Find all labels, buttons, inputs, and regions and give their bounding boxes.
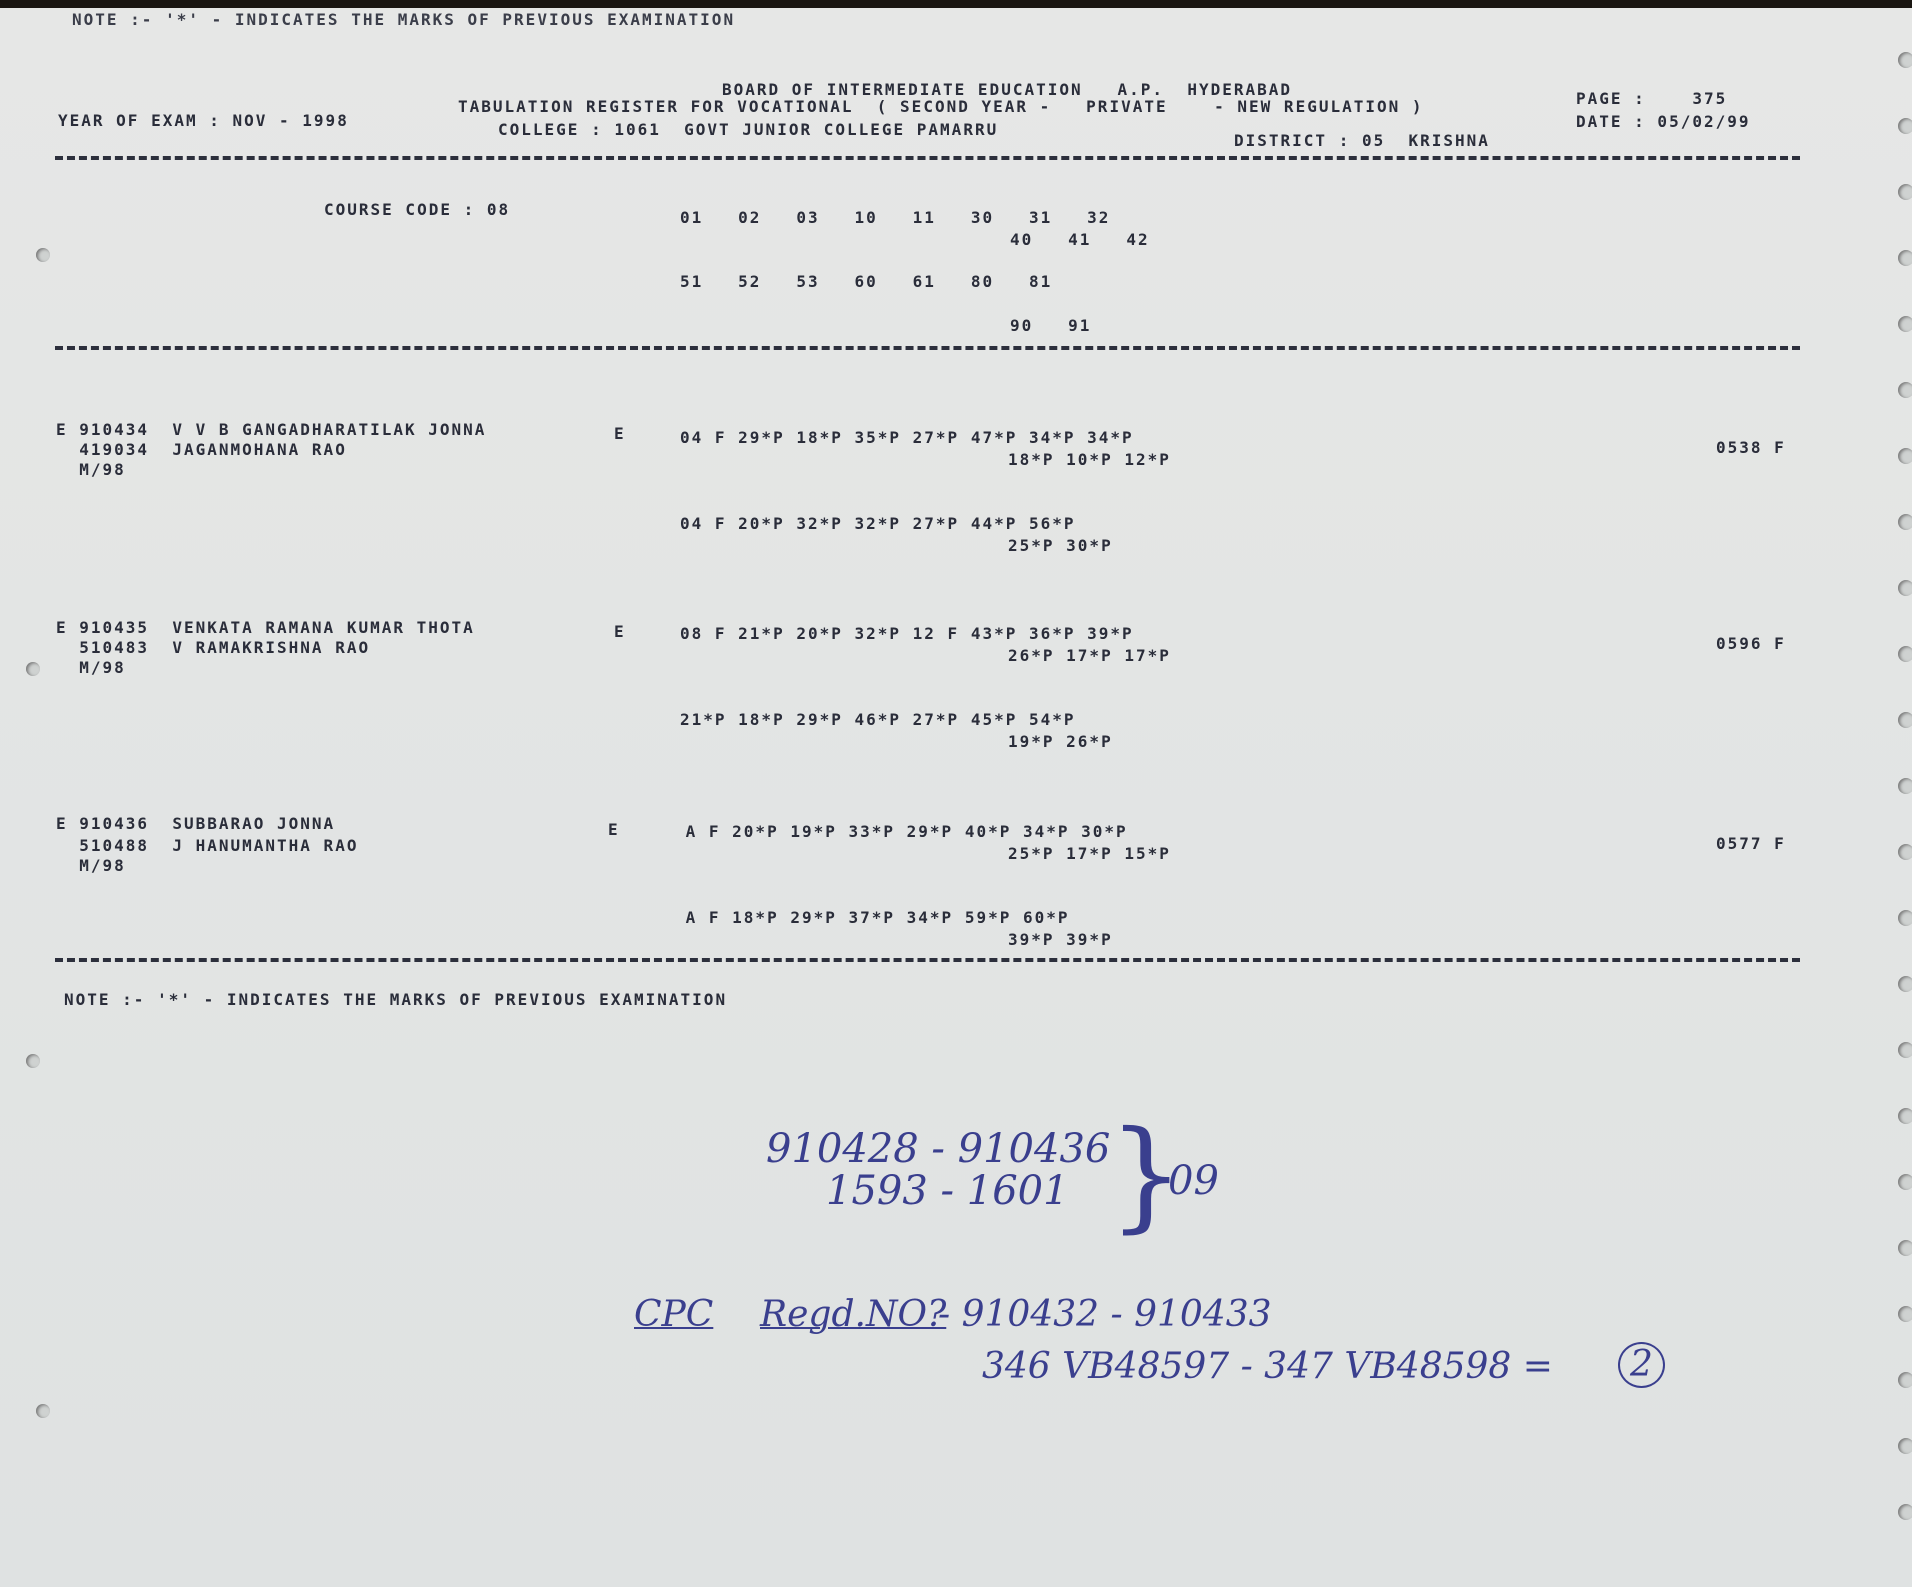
note-top: NOTE :- '*' - INDICATES THE MARKS OF PRE… <box>72 10 735 30</box>
footer-divider <box>55 958 1800 962</box>
marks-second-year: A F 18*P 29*P 37*P 34*P 59*P 60*P <box>674 908 1070 928</box>
subject-codes-row4: 90 91 <box>1010 316 1091 336</box>
student-session: M/98 <box>56 856 126 876</box>
marks-second-year: 21*P 18*P 29*P 46*P 27*P 45*P 54*P <box>680 710 1076 730</box>
handwritten-regd-label: Regd.NO? <box>760 1294 946 1335</box>
feed-hole-icon <box>1898 844 1912 860</box>
feed-hole-icon <box>1898 976 1912 992</box>
punch-hole-icon <box>26 662 40 676</box>
handwritten-serial-range: 1593 - 1601 <box>826 1168 1069 1214</box>
marks-first-year: 04 F 29*P 18*P 35*P 27*P 47*P 34*P 34*P <box>680 428 1134 448</box>
punch-hole-icon <box>36 248 50 262</box>
subject-codes-row3: 51 52 53 60 61 80 81 <box>680 272 1052 292</box>
handwritten-serials: 346 VB48597 - 347 VB48598 = <box>982 1346 1553 1387</box>
student-id-father: 510483 V RAMAKRISHNA RAO <box>56 638 370 658</box>
feed-hole-icon <box>1898 1042 1912 1058</box>
punch-hole-icon <box>26 1054 40 1068</box>
feed-hole-icon <box>1898 382 1912 398</box>
feed-hole-icon <box>1898 250 1912 266</box>
header-divider <box>55 156 1800 160</box>
subject-codes-row2: 40 41 42 <box>1010 230 1150 250</box>
student-id-father: 510488 J HANUMANTHA RAO <box>56 836 358 856</box>
feed-hole-icon <box>1898 1504 1912 1520</box>
total-result: 0538 F <box>1716 438 1786 458</box>
handwritten-regd-values: - 910432 - 910433 <box>938 1294 1272 1335</box>
feed-hole-icon <box>1898 910 1912 926</box>
feed-hole-icon <box>1898 646 1912 662</box>
marks-first-year-2: 25*P 17*P 15*P <box>1008 844 1171 864</box>
register-title: TABULATION REGISTER FOR VOCATIONAL ( SEC… <box>458 97 1424 117</box>
medium: E <box>614 424 626 444</box>
report-date: DATE : 05/02/99 <box>1576 112 1751 132</box>
student-roll-name: E 910435 VENKATA RAMANA KUMAR THOTA <box>56 618 475 638</box>
college-line: COLLEGE : 1061 GOVT JUNIOR COLLEGE PAMAR… <box>498 120 998 140</box>
subject-codes-row1: 01 02 03 10 11 30 31 32 <box>680 208 1110 228</box>
feed-hole-icon <box>1898 316 1912 332</box>
feed-hole-icon <box>1898 448 1912 464</box>
feed-hole-icon <box>1898 1306 1912 1322</box>
marks-second-year-2: 25*P 30*P <box>1008 536 1113 556</box>
total-result: 0596 F <box>1716 634 1786 654</box>
feed-hole-icon <box>1898 1240 1912 1256</box>
marks-first-year-2: 26*P 17*P 17*P <box>1008 646 1171 666</box>
page-number: PAGE : 375 <box>1576 89 1727 109</box>
student-id-father: 419034 JAGANMOHANA RAO <box>56 440 347 460</box>
marks-first-year: 08 F 21*P 20*P 32*P 12 F 43*P 36*P 39*P <box>680 624 1134 644</box>
feed-hole-icon <box>1898 514 1912 530</box>
year-of-exam: YEAR OF EXAM : NOV - 1998 <box>58 111 349 131</box>
feed-hole-icon <box>1898 118 1912 134</box>
feed-hole-icon <box>1898 1174 1912 1190</box>
medium: E <box>608 820 620 840</box>
student-session: M/98 <box>56 658 126 678</box>
marks-second-year: 04 F 20*P 32*P 32*P 27*P 44*P 56*P <box>680 514 1076 534</box>
student-session: M/98 <box>56 460 126 480</box>
feed-hole-icon <box>1898 1372 1912 1388</box>
note-bottom: NOTE :- '*' - INDICATES THE MARKS OF PRE… <box>64 990 727 1010</box>
total-result: 0577 F <box>1716 834 1786 854</box>
marks-second-year-2: 19*P 26*P <box>1008 732 1113 752</box>
feed-hole-icon <box>1898 580 1912 596</box>
handwritten-cpc-label: CPC <box>634 1294 713 1335</box>
course-code: COURSE CODE : 08 <box>324 200 510 220</box>
medium: E <box>614 622 626 642</box>
handwritten-count: 09 <box>1168 1158 1219 1204</box>
student-roll-name: E 910434 V V B GANGADHARATILAK JONNA <box>56 420 486 440</box>
student-roll-name: E 910436 SUBBARAO JONNA <box>56 814 335 834</box>
feed-hole-icon <box>1898 1108 1912 1124</box>
feed-hole-icon <box>1898 778 1912 794</box>
feed-hole-icon <box>1898 1438 1912 1454</box>
marks-first-year: A F 20*P 19*P 33*P 29*P 40*P 34*P 30*P <box>674 822 1128 842</box>
punch-hole-icon <box>36 1404 50 1418</box>
marks-first-year-2: 18*P 10*P 12*P <box>1008 450 1171 470</box>
course-divider <box>55 346 1800 350</box>
circled-count: 2 <box>1618 1342 1665 1388</box>
district-line: DISTRICT : 05 KRISHNA <box>1234 131 1490 151</box>
handwritten-serial-count: 2 <box>1618 1342 1665 1388</box>
feed-hole-icon <box>1898 184 1912 200</box>
marks-second-year-2: 39*P 39*P <box>1008 930 1113 950</box>
tabulation-sheet: NOTE :- '*' - INDICATES THE MARKS OF PRE… <box>0 8 1912 1587</box>
handwritten-roll-range: 910428 - 910436 <box>766 1126 1110 1172</box>
feed-hole-icon <box>1898 712 1912 728</box>
feed-hole-icon <box>1898 52 1912 68</box>
